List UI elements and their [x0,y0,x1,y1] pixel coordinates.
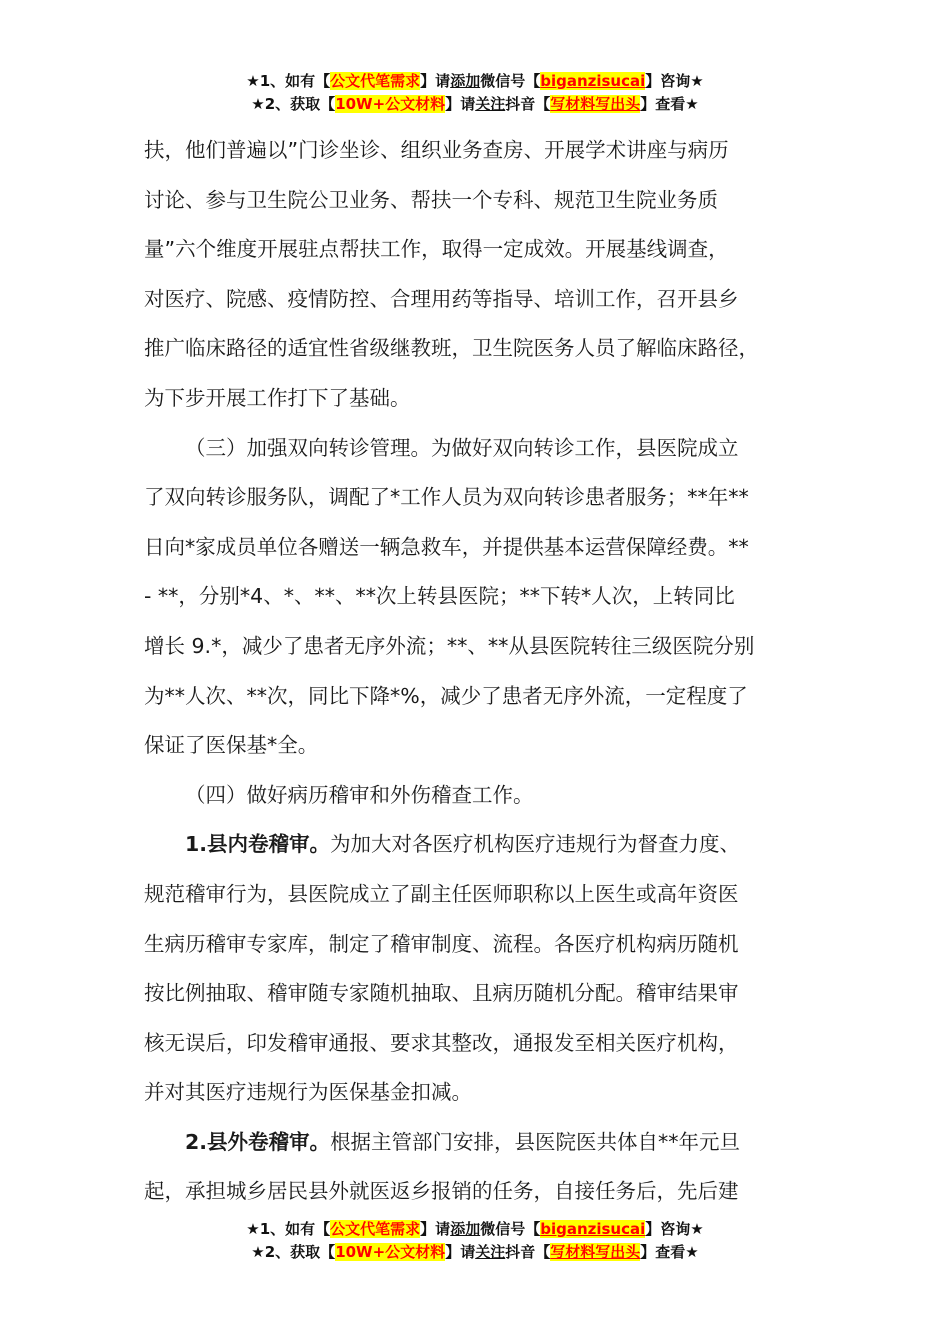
highlight-douyin-account[interactable]: 写材料写出头 [550,95,640,113]
banner-text: 】查看★ [640,1243,698,1261]
underlined-follow: 关注 [475,1243,505,1261]
section-heading-4: （四）做好病历稽审和外伤稽查工作。 [144,771,814,821]
banner-text: ★2、获取【 [251,95,335,113]
paragraph-text: 为加大对各医疗机构医疗违规行为督查力度、 [330,832,740,856]
subsection-heading-1: 1.县内卷稽审。 [185,832,330,856]
paragraph-line: 核无误后，印发稽审通报、要求其整改，通报发至相关医疗机构， [144,1019,814,1069]
underlined-follow: 关注 [475,95,505,113]
paragraph-line: 推广临床路径的适宜性省级继教班，卫生院医务人员了解临床路径， [144,324,814,374]
paragraph-line: 了双向转诊服务队，调配了*工作人员为双向转诊患者服务；**年** [144,473,814,523]
highlight-service: 公文代笔需求 [330,1220,420,1238]
paragraph-line: 增长 9.*，减少了患者无序外流；**、**从县医院转往三级医院分别 [144,622,814,672]
banner-text: 微信号【 [480,1220,540,1238]
banner-text: ★1、如有【 [246,1220,330,1238]
paragraph-line: 为**人次、**次，同比下降*%，减少了患者无序外流，一定程度了 [144,672,814,722]
document-body: 扶，他们普遍以”门诊坐诊、组织业务查房、开展学术讲座与病历 讨论、参与卫生院公卫… [144,126,814,1217]
paragraph-line: 对医疗、院感、疫情防控、合理用药等指导、培训工作，召开县乡 [144,275,814,325]
banner-text: 】请 [420,72,450,90]
banner-line-2: ★2、获取【10W+公文材料】请关注抖音【写材料写出头】查看★ [0,1241,950,1264]
paragraph-line: 为下步开展工作打下了基础。 [144,374,814,424]
highlight-materials: 10W+公文材料 [335,95,445,113]
banner-text: 】查看★ [640,95,698,113]
subsection-heading-2: 2.县外卷稽审。 [185,1130,330,1154]
banner-text: ★2、获取【 [251,1243,335,1261]
highlight-service: 公文代笔需求 [330,72,420,90]
banner-text: 】咨询★ [645,72,703,90]
banner-text: 抖音【 [505,95,550,113]
highlight-douyin-account[interactable]: 写材料写出头 [550,1243,640,1261]
paragraph-line: 并对其医疗违规行为医保基金扣减。 [144,1068,814,1118]
paragraph-line: 讨论、参与卫生院公卫业务、帮扶一个专科、规范卫生院业务质 [144,176,814,226]
paragraph-line: 扶，他们普遍以”门诊坐诊、组织业务查房、开展学术讲座与病历 [144,126,814,176]
banner-text: 】请 [420,1220,450,1238]
paragraph-line: - **，分别*4、*、**、**次上转县医院；**下转*人次，上转同比 [144,572,814,622]
paragraph-line: 日向*家成员单位各赠送一辆急救车，并提供基本运营保障经费。** [144,523,814,573]
subsection-2-line: 2.县外卷稽审。根据主管部门安排，县医院医共体自**年元旦 [144,1118,814,1168]
paragraph-line: 起，承担城乡居民县外就医返乡报销的任务，自接任务后，先后建 [144,1167,814,1217]
paragraph-text: 根据主管部门安排，县医院医共体自**年元旦 [330,1130,740,1154]
banner-text: 】请 [445,1243,475,1261]
paragraph-line: 量”六个维度开展驻点帮扶工作，取得一定成效。开展基线调查， [144,225,814,275]
underlined-add: 添加 [450,1220,480,1238]
paragraph-line: 保证了医保基*全。 [144,721,814,771]
banner-line-1: ★1、如有【公文代笔需求】请添加微信号【biganzisucai】咨询★ [0,1218,950,1241]
banner-text: 】咨询★ [645,1220,703,1238]
banner-line-2: ★2、获取【10W+公文材料】请关注抖音【写材料写出头】查看★ [0,93,950,116]
banner-text: 】请 [445,95,475,113]
highlight-wechat-id[interactable]: biganzisucai [540,72,645,90]
banner-text: ★1、如有【 [246,72,330,90]
banner-text: 微信号【 [480,72,540,90]
section-heading-3: （三）加强双向转诊管理。为做好双向转诊工作，县医院成立 [144,424,814,474]
highlight-materials: 10W+公文材料 [335,1243,445,1261]
banner-line-1: ★1、如有【公文代笔需求】请添加微信号【biganzisucai】咨询★ [0,70,950,93]
header-banner: ★1、如有【公文代笔需求】请添加微信号【biganzisucai】咨询★ ★2、… [0,70,950,116]
subsection-1-line: 1.县内卷稽审。为加大对各医疗机构医疗违规行为督查力度、 [144,820,814,870]
paragraph-line: 规范稽审行为，县医院成立了副主任医师职称以上医生或高年资医 [144,870,814,920]
footer-banner: ★1、如有【公文代笔需求】请添加微信号【biganzisucai】咨询★ ★2、… [0,1218,950,1264]
paragraph-line: 按比例抽取、稽审随专家随机抽取、且病历随机分配。稽审结果审 [144,969,814,1019]
underlined-add: 添加 [450,72,480,90]
paragraph-line: 生病历稽审专家库，制定了稽审制度、流程。各医疗机构病历随机 [144,920,814,970]
highlight-wechat-id[interactable]: biganzisucai [540,1220,645,1238]
banner-text: 抖音【 [505,1243,550,1261]
